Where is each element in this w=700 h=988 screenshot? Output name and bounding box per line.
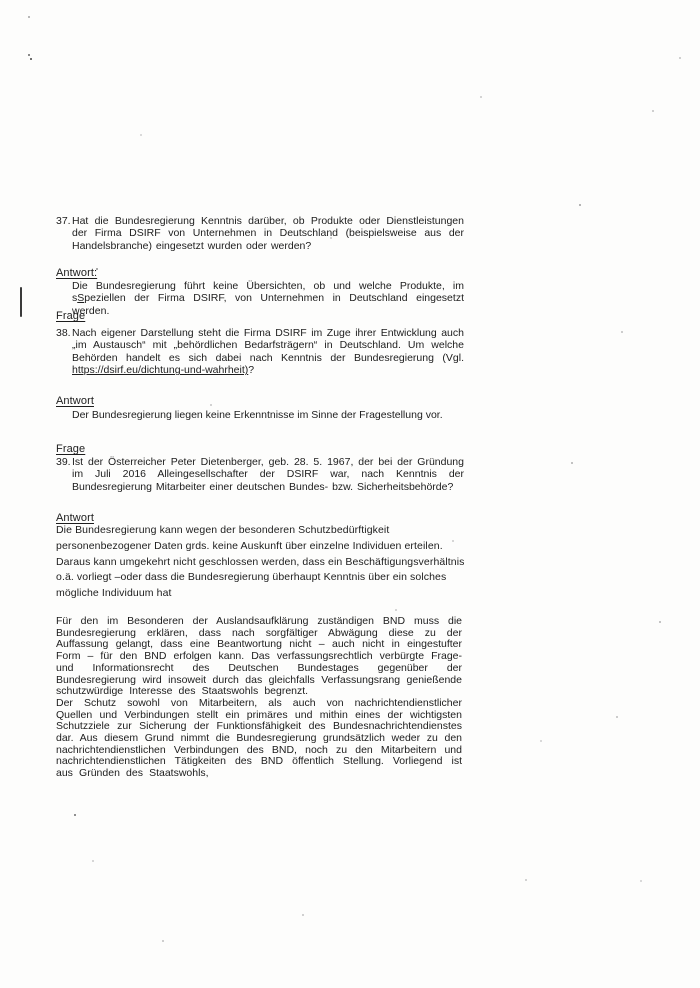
frage-39-label: Frage	[56, 443, 85, 455]
question-39-text: Ist der Österreicher Peter Dietenberger,…	[72, 456, 464, 493]
scanned-document-page: 37. Hat die Bundesregierung Kenntnis dar…	[0, 0, 700, 988]
answer-39-paragraph-1: Die Bundesregierung kann wegen der beson…	[56, 523, 480, 602]
answer-37-text-part2: peziellen der Firma DSIRF, von Unternehm…	[72, 292, 464, 316]
answer-39-paragraphs-2-3: Für den im Besonderen der Auslandsaufklä…	[56, 616, 462, 780]
answer-37-text: Die Bundesregierung führt keine Übersich…	[72, 280, 464, 317]
answer-37-label: Antwort:	[56, 267, 97, 279]
answer-38-label: Antwort	[56, 395, 94, 407]
question-37-number: 37.	[56, 215, 71, 227]
answer-39-paragraph-2: Für den im Besonderen der Auslandsaufklä…	[56, 615, 462, 697]
question-38-text: Nach eigener Darstellung steht die Firma…	[72, 327, 464, 377]
frage-38-label: Frage	[56, 310, 85, 322]
question-38-body: Nach eigener Darstellung steht die Firma…	[72, 327, 464, 364]
question-38-after-link: ?	[248, 364, 254, 376]
question-38-number: 38.	[56, 327, 71, 339]
scan-noise-speckles	[0, 0, 2, 2]
answer-39-paragraph-3: Der Schutz sowohl von Mitarbeitern, als …	[56, 697, 462, 779]
answer-38-text: Der Bundesregierung liegen keine Erkennt…	[72, 409, 472, 421]
question-37-text: Hat die Bundesregierung Kenntnis darüber…	[72, 215, 464, 252]
question-38-url-link[interactable]: https://dsirf.eu/dichtung-und-wahrheit)	[72, 364, 248, 376]
margin-correction-line	[20, 287, 22, 317]
question-39-number: 39.	[56, 456, 71, 468]
